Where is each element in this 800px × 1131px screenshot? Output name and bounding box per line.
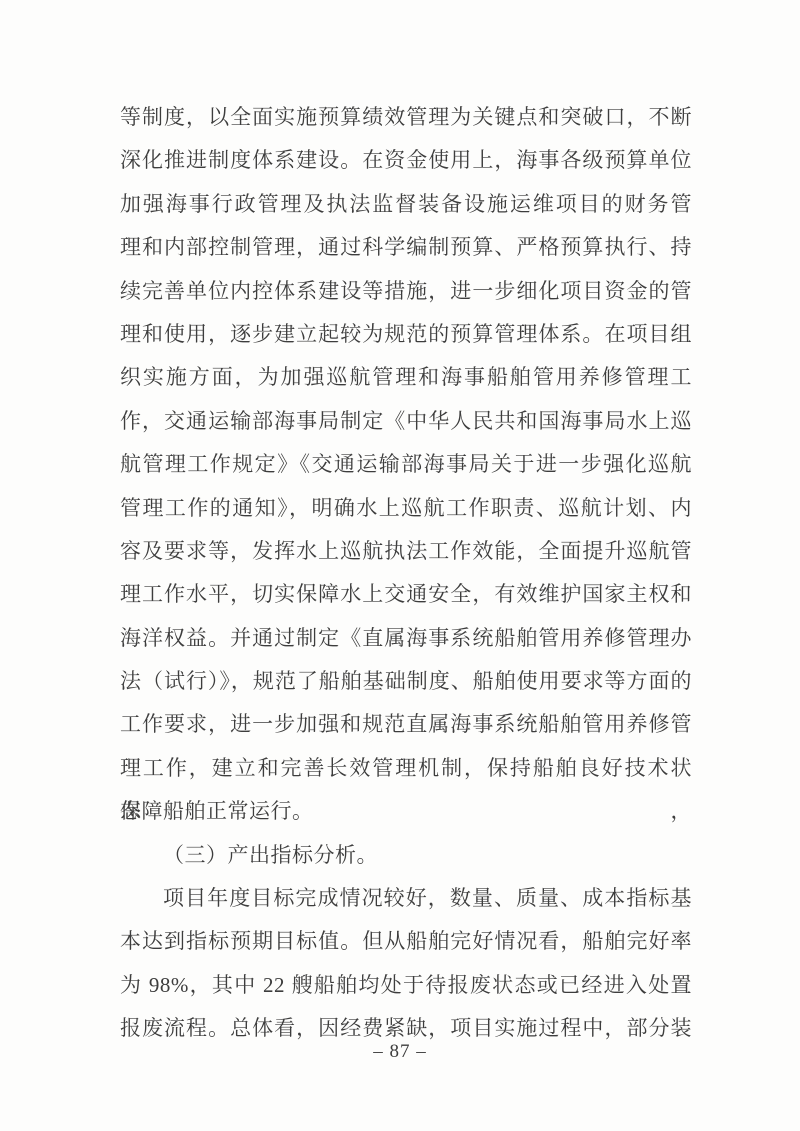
text-line: 容及要求等，发挥水上巡航执法工作效能，全面提升巡航管 (120, 530, 692, 573)
text-line: 工作要求，进一步加强和规范直属海事系统船舶管用养修管 (120, 703, 692, 746)
text-line: 深化推进制度体系建设。在资金使用上，海事各级预算单位 (120, 139, 692, 182)
text-line: 航管理工作规定》《交通运输部海事局关于进一步强化巡航 (120, 443, 692, 486)
text-line: 理和内部控制管理，通过科学编制预算、严格预算执行、持 (120, 226, 692, 269)
section-heading: （三）产出指标分析。 (120, 834, 692, 877)
text-line: 法（试行）》，规范了船舶基础制度、船舶使用要求等方面的 (120, 660, 692, 703)
text-line: 理和使用，逐步建立起较为规范的预算管理体系。在项目组 (120, 313, 692, 356)
text-line: 理工作水平，切实保障水上交通安全，有效维护国家主权和 (120, 573, 692, 616)
text-line: 理工作，建立和完善长效管理机制，保持船舶良好技术状态， (120, 747, 692, 790)
text-line: 海洋权益。并通过制定《直属海事系统船舶管用养修管理办 (120, 617, 692, 660)
text-line: 等制度，以全面实施预算绩效管理为关键点和突破口，不断 (120, 96, 692, 139)
document-page: 等制度，以全面实施预算绩效管理为关键点和突破口，不断 深化推进制度体系建设。在资… (0, 0, 800, 1131)
text-line: 作，交通运输部海事局制定《中华人民共和国海事局水上巡 (120, 400, 692, 443)
page-number: – 87 – (0, 1038, 800, 1066)
body-text-block: 等制度，以全面实施预算绩效管理为关键点和突破口，不断 深化推进制度体系建设。在资… (120, 96, 692, 1051)
text-line: 续完善单位内控体系建设等措施，进一步细化项目资金的管 (120, 270, 692, 313)
text-line: 织实施方面，为加强巡航管理和海事船舶管用养修管理工 (120, 356, 692, 399)
text-line: 本达到指标预期目标值。但从船舶完好情况看，船舶完好率 (120, 920, 692, 963)
text-line: 为 98%，其中 22 艘船舶均处于待报废状态或已经进入处置 (120, 964, 692, 1007)
text-line: 管理工作的通知》，明确水上巡航工作职责、巡航计划、内 (120, 487, 692, 530)
text-line: 加强海事行政管理及执法监督装备设施运维项目的财务管 (120, 183, 692, 226)
text-line: 项目年度目标完成情况较好，数量、质量、成本指标基 (120, 877, 692, 920)
